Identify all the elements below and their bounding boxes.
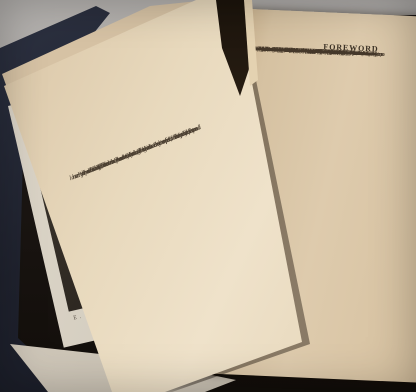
dedication-line: late years of her ministry.: [68, 150, 136, 183]
open-book-photo: E. F FOREWORD It was somewhere about the…: [0, 0, 416, 392]
